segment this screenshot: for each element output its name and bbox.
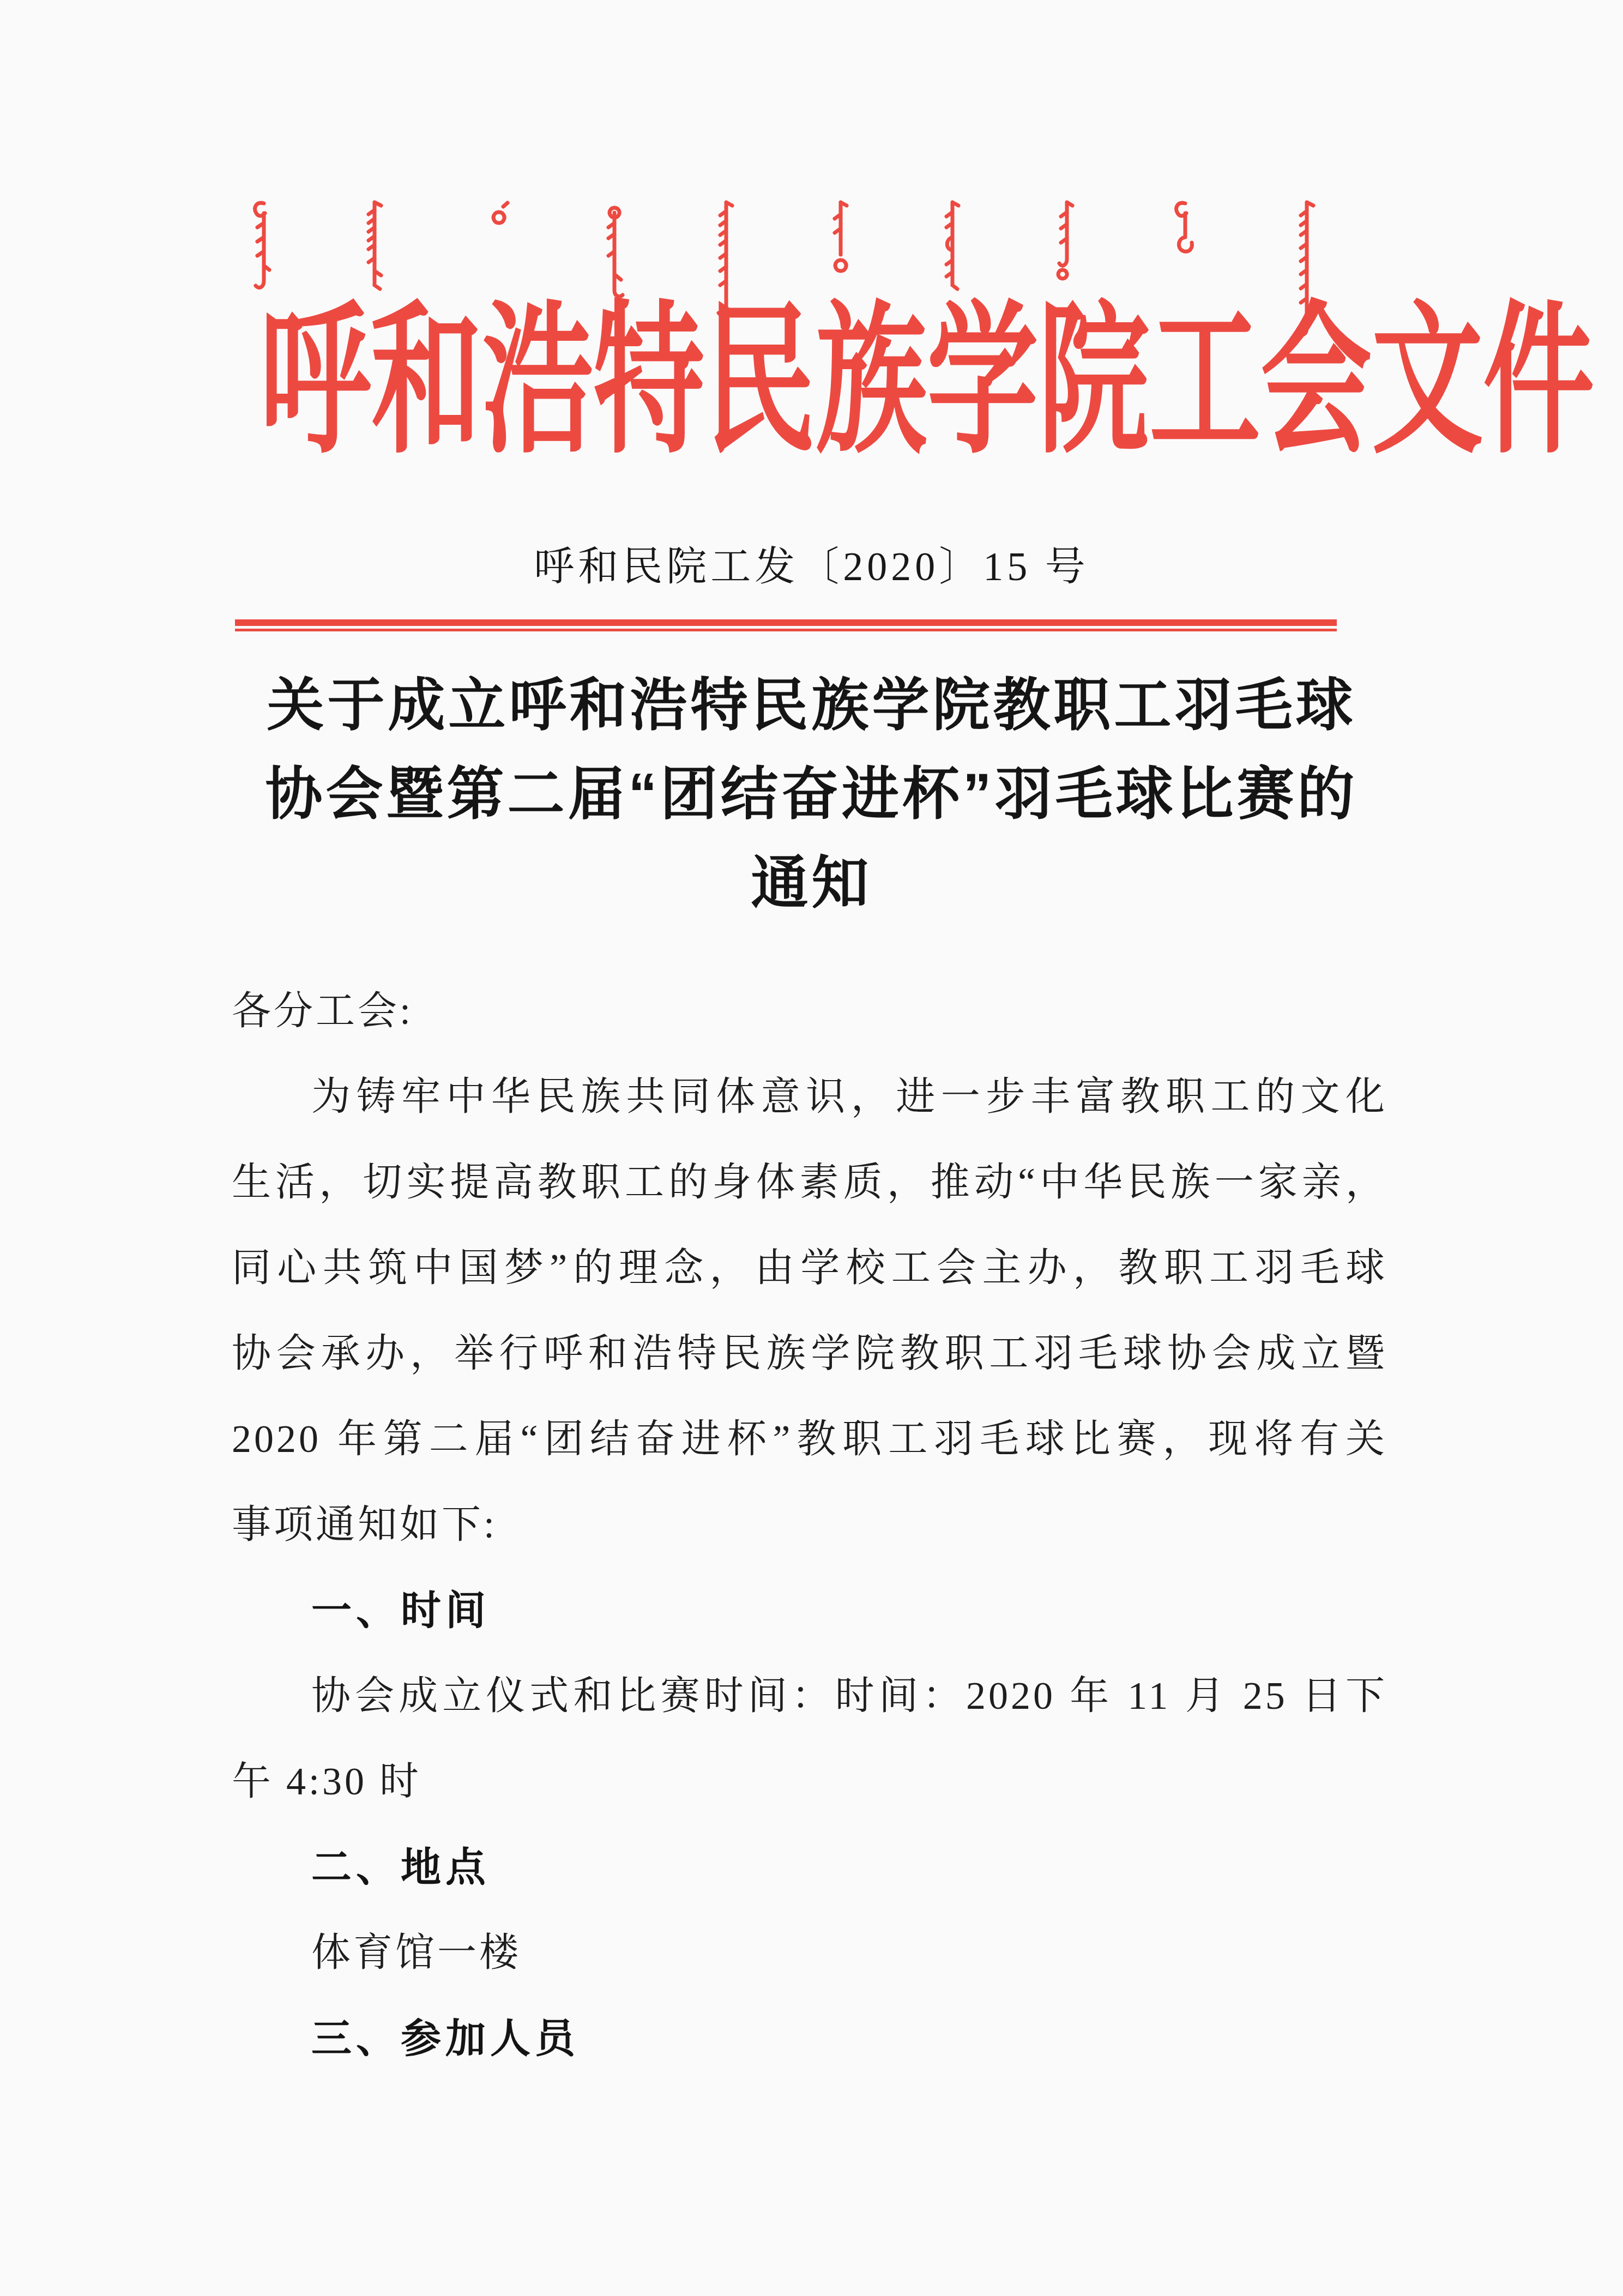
- document-number: 呼和民院工发〔2020〕15 号: [0, 540, 1623, 594]
- mongolian-word-glyph: [488, 199, 510, 226]
- paragraph-line: 同心共筑中国梦”的理念，由学校工会主办，教职工羽毛球: [232, 1225, 1387, 1311]
- mongolian-word-glyph: [363, 199, 387, 292]
- paragraph-line: 午 4:30 时: [232, 1739, 1387, 1824]
- section-head-participants: 三、参加人员: [232, 1996, 1387, 2081]
- paragraph-line: 为铸牢中华民族共同体意识，进一步丰富教职工的文化: [232, 1054, 1387, 1140]
- document-page: 呼和浩特民族学院工会文件 呼和民院工发〔2020〕15 号 关于成立呼和浩特民族…: [0, 0, 1623, 2296]
- notice-body: 各分工会: 为铸牢中华民族共同体意识，进一步丰富教职工的文化 生活，切实提高教职…: [232, 968, 1387, 2081]
- mongolian-word-glyph: [1055, 199, 1079, 281]
- red-separator-rule: [235, 619, 1337, 631]
- notice-title-line: 协会暨第二届“团结奋进杯”羽毛球比赛的: [0, 750, 1623, 839]
- paragraph-line: 协会承办，举行呼和浩特民族学院教职工羽毛球协会成立暨: [232, 1311, 1387, 1396]
- section-head-place: 二、地点: [232, 1824, 1387, 1910]
- mongolian-word-glyph: [940, 199, 964, 294]
- mongolian-word-glyph: [251, 199, 275, 292]
- section-head-time: 一、时间: [232, 1568, 1387, 1653]
- masthead-title: 呼和浩特民族学院工会文件: [260, 296, 1363, 469]
- mongolian-word-glyph: [602, 199, 626, 300]
- salutation-line: 各分工会:: [232, 968, 1387, 1054]
- mongolian-word-glyph: [829, 199, 853, 273]
- paragraph-line: 事项通知如下:: [232, 1482, 1387, 1568]
- paragraph-line: 体育馆一楼: [232, 1910, 1387, 1996]
- mongolian-word-glyph: [1172, 199, 1196, 256]
- paragraph-line: 2020 年第二届“团结奋进杯”教职工羽毛球比赛，现将有关: [232, 1396, 1387, 1482]
- notice-title-line: 关于成立呼和浩特民族学院教职工羽毛球: [0, 661, 1623, 750]
- notice-title-line: 通知: [0, 839, 1623, 927]
- paragraph-line: 协会成立仪式和比赛时间：时间：2020 年 11 月 25 日下: [232, 1653, 1387, 1739]
- notice-title: 关于成立呼和浩特民族学院教职工羽毛球 协会暨第二届“团结奋进杯”羽毛球比赛的 通…: [0, 661, 1623, 927]
- paragraph-line: 生活，切实提高教职工的身体素质，推动“中华民族一家亲，: [232, 1140, 1387, 1225]
